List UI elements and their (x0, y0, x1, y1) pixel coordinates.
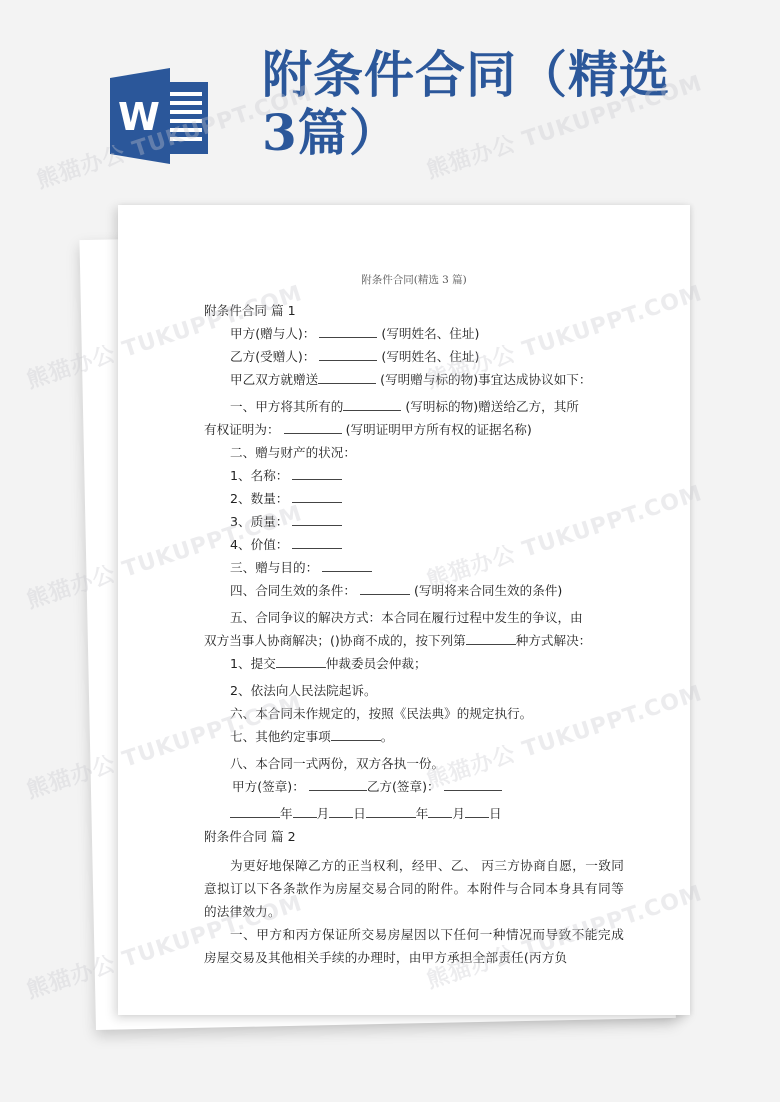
blank-field (331, 727, 381, 741)
section-2-paragraph-1: 为更好地保障乙方的正当权利，经甲、乙、 丙三方协商自愿，一致同意拟订以下各条款作… (204, 854, 624, 923)
blank-field (230, 804, 280, 818)
blank-field (465, 804, 489, 818)
agreement-note: (写明赠与标的物)事宜达成协议如下： (380, 372, 591, 387)
blank-field (292, 489, 342, 503)
blank-field (284, 420, 342, 434)
word-document-icon: W (108, 68, 208, 164)
item-name: 1、名称： (204, 464, 624, 487)
blank-field (292, 466, 342, 480)
clause-4-text: 四、合同生效的条件： (230, 583, 356, 598)
svg-text:W: W (118, 95, 160, 139)
blank-field (466, 631, 516, 645)
blank-field (318, 370, 376, 384)
document-title: 附条件合同(精选 3 篇) (204, 269, 624, 291)
document-page: 附条件合同(精选 3 篇) 附条件合同 篇 1 甲方(赠与人)： (写明姓名、住… (118, 205, 690, 1015)
signature-b-label: 乙方(签章)： (367, 779, 440, 794)
party-b-label: 乙方(受赠人)： (230, 349, 315, 364)
clause-4-note: (写明将来合同生效的条件) (414, 583, 562, 598)
blank-field (319, 324, 377, 338)
blank-field (292, 512, 342, 526)
party-a-line: 甲方(赠与人)： (写明姓名、住址) (204, 322, 624, 345)
clause-2: 二、赠与财产的状况： (204, 441, 624, 464)
option-1-text: 1、提交 (230, 656, 276, 671)
blank-field (360, 581, 410, 595)
party-a-label: 甲方(赠与人)： (230, 326, 315, 341)
date-line: 年月日年月日 (204, 802, 624, 825)
clause-6: 六、本合同未作规定的，按照《民法典》的规定执行。 (204, 702, 624, 725)
page-title: 附条件合同（精选3篇） (262, 46, 692, 162)
clause-8: 八、本合同一式两份，双方各执一份。 (204, 752, 624, 775)
party-a-note: (写明姓名、住址) (381, 326, 479, 341)
blank-field (292, 535, 342, 549)
document-body: 附条件合同(精选 3 篇) 附条件合同 篇 1 甲方(赠与人)： (写明姓名、住… (204, 269, 624, 969)
clause-1-cont-note: (写明证明甲方所有权的证据名称) (346, 422, 532, 437)
item-quantity: 2、数量： (204, 487, 624, 510)
clause-5-option-2: 2、依法向人民法院起诉。 (204, 679, 624, 702)
signature-a-label: 甲方(签章)： (232, 779, 305, 794)
agreement-line: 甲乙双方就赠送 (写明赠与标的物)事宜达成协议如下： (204, 368, 624, 391)
item-quality: 3、质量： (204, 510, 624, 533)
blank-field (276, 654, 326, 668)
signature-line: 甲方(签章)： 乙方(签章)： (204, 775, 624, 798)
clause-5-note: 种方式解决： (516, 633, 592, 648)
month-label: 月 (452, 806, 465, 821)
clause-5-option-1: 1、提交仲裁委员会仲裁； (204, 652, 624, 675)
item-label: 1、名称： (230, 468, 288, 483)
month-label: 月 (317, 806, 330, 821)
blank-field (343, 397, 401, 411)
day-label: 日 (353, 806, 366, 821)
clause-1-line-2: 有权证明为： (写明证明甲方所有权的证据名称) (204, 418, 624, 441)
option-1-note: 仲裁委员会仲裁； (326, 656, 427, 671)
clause-4: 四、合同生效的条件： (写明将来合同生效的条件) (204, 579, 624, 602)
blank-field (293, 804, 317, 818)
blank-field (322, 558, 372, 572)
item-label: 3、质量： (230, 514, 288, 529)
clause-5-line-2: 双方当事人协商解决；()协商不成的，按下列第种方式解决： (204, 629, 624, 652)
item-label: 4、价值： (230, 537, 288, 552)
clause-7-end: 。 (381, 729, 394, 744)
clause-1-cont: 有权证明为： (204, 422, 280, 437)
blank-field (319, 347, 377, 361)
clause-1-line-1: 一、甲方将其所有的 (写明标的物)赠送给乙方，其所 (204, 395, 624, 418)
section-heading-1: 附条件合同 篇 1 (204, 299, 624, 322)
clause-1-text: 一、甲方将其所有的 (230, 399, 343, 414)
section-heading-2: 附条件合同 篇 2 (204, 825, 624, 848)
blank-field (366, 804, 416, 818)
clause-3: 三、赠与目的： (204, 556, 624, 579)
item-value: 4、价值： (204, 533, 624, 556)
clause-7: 七、其他约定事项。 (204, 725, 624, 748)
item-label: 2、数量： (230, 491, 288, 506)
blank-field (444, 777, 502, 791)
clause-1-note: (写明标的物)赠送给乙方，其所 (405, 399, 579, 414)
clause-7-text: 七、其他约定事项 (230, 729, 331, 744)
blank-field (309, 777, 367, 791)
party-b-note: (写明姓名、住址) (381, 349, 479, 364)
agreement-text: 甲乙双方就赠送 (230, 372, 318, 387)
clause-5-line-1: 五、合同争议的解决方式：本合同在履行过程中发生的争议，由 (204, 606, 624, 629)
section-2-paragraph-2: 一、甲方和丙方保证所交易房屋因以下任何一种情况而导致不能完成房屋交易及其他相关手… (204, 923, 624, 969)
blank-field (428, 804, 452, 818)
year-label: 年 (416, 806, 429, 821)
blank-field (329, 804, 353, 818)
day-label: 日 (489, 806, 502, 821)
clause-3-text: 三、赠与目的： (230, 560, 318, 575)
party-b-line: 乙方(受赠人)： (写明姓名、住址) (204, 345, 624, 368)
clause-5-text: 双方当事人协商解决；()协商不成的，按下列第 (204, 633, 466, 648)
year-label: 年 (280, 806, 293, 821)
